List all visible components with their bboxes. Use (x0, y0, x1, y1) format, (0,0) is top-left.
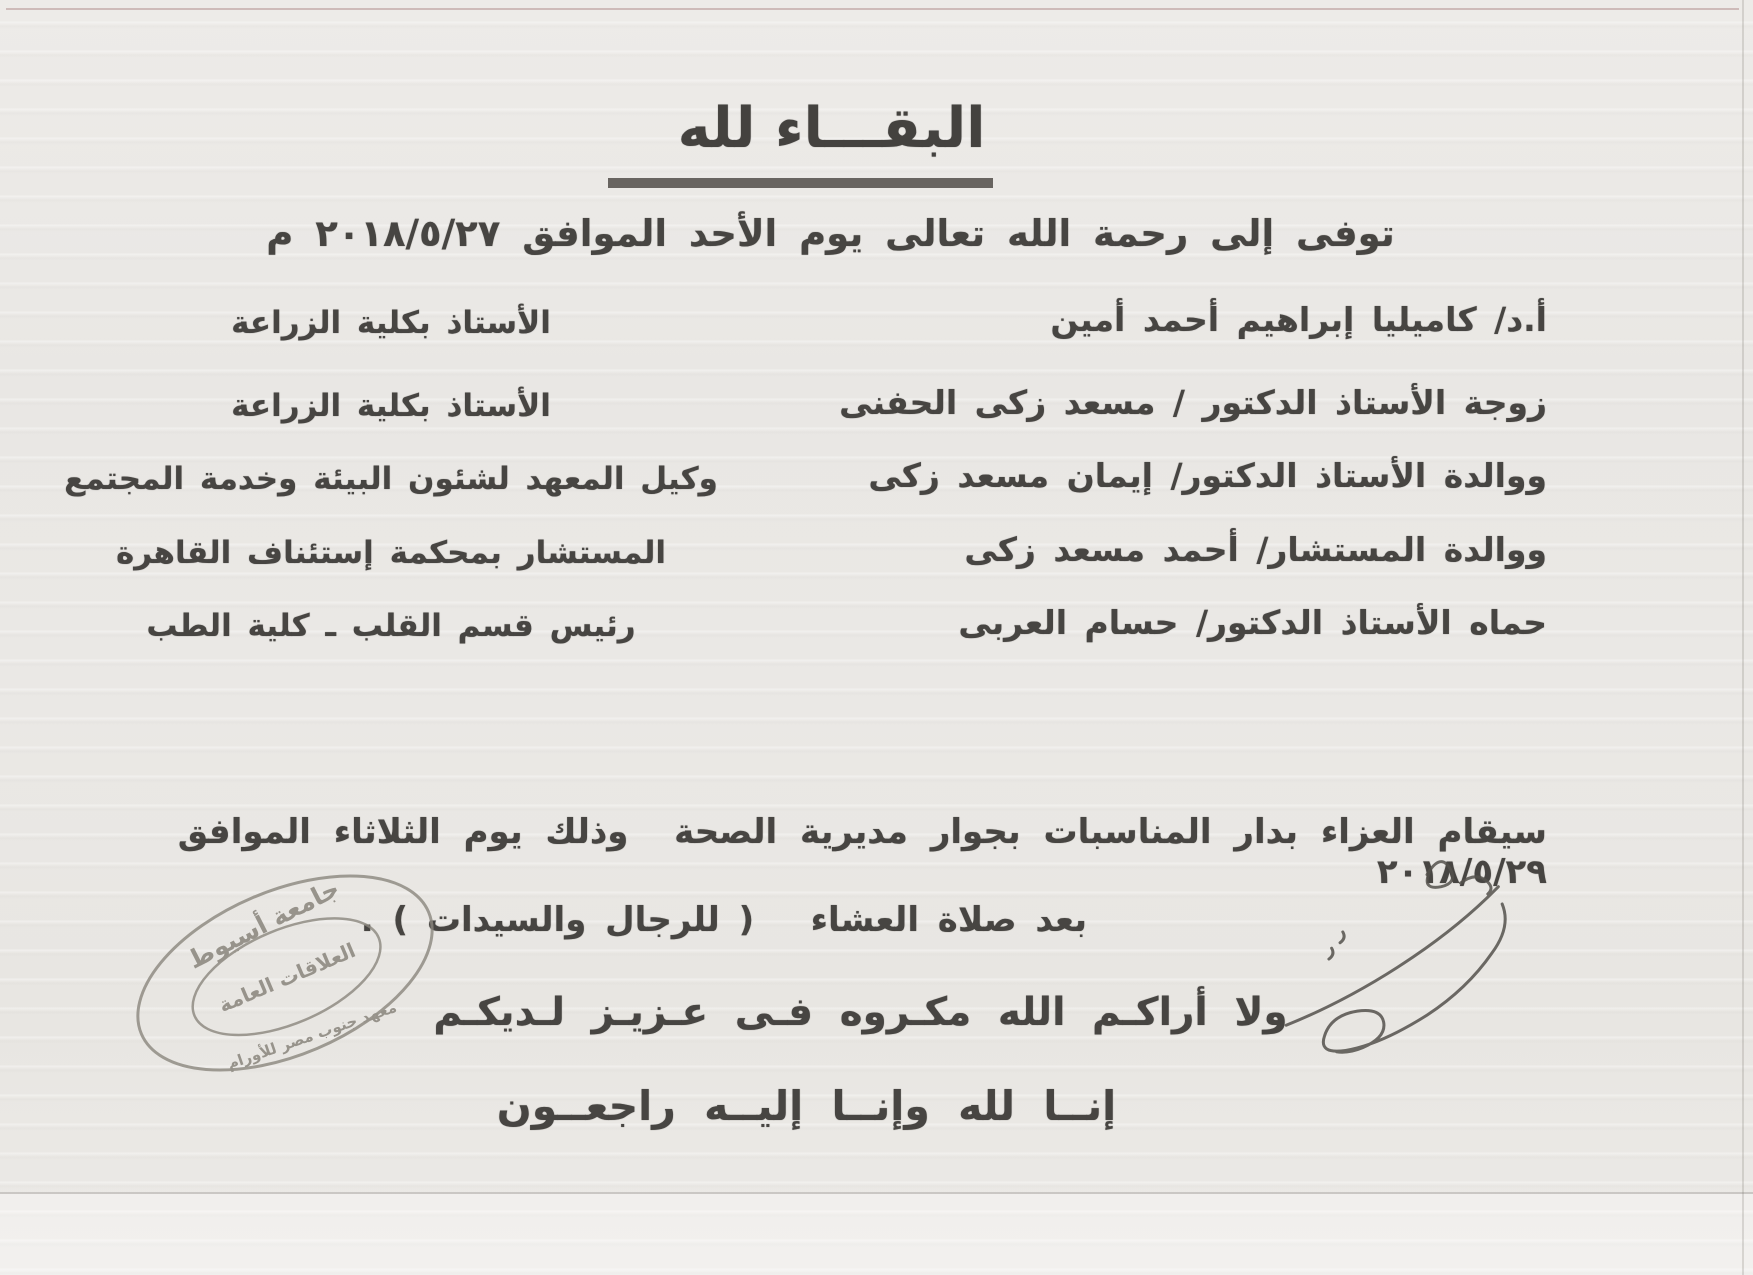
title-wrap: البقـــاء لله (0, 94, 1753, 188)
scan-artifact-bottom-line (0, 1192, 1753, 1194)
relative-row: ووالدة الأستاذ الدكتور/ إيمان مسعد زكى و… (0, 456, 1753, 520)
relative-title: رئيس قسم القلب ـ كلية الطب (38, 608, 744, 644)
relative-title: الأستاذ بكلية الزراعة (38, 305, 744, 341)
relative-name: ووالدة المستشار/ أحمد مسعد زكى (964, 530, 1547, 569)
scan-artifact-bottom-band (0, 1194, 1753, 1275)
relative-title: المستشار بمحكمة إستئناف القاهرة (38, 535, 744, 571)
relative-title: الأستاذ بكلية الزراعة (38, 388, 744, 424)
relative-title: وكيل المعهد لشئون البيئة وخدمة المجتمع (38, 461, 744, 497)
relative-name: حماه الأستاذ الدكتور/ حسام العربى (958, 603, 1547, 642)
scanned-obituary-page: البقـــاء لله توفى إلى رحمة الله تعالى ي… (0, 0, 1753, 1275)
page-title: البقـــاء لله (608, 94, 994, 188)
deceased-name: أ.د/ كاميليا إبراهيم أحمد أمين (1050, 300, 1547, 339)
signature-mark (1227, 824, 1574, 1096)
signature-cross-stroke (1286, 873, 1498, 1040)
signature-dots (1329, 931, 1345, 960)
signature-scribble-word (1426, 861, 1493, 894)
deceased-row: أ.د/ كاميليا إبراهيم أحمد أمين الأستاذ ب… (0, 300, 1753, 364)
relative-row: حماه الأستاذ الدكتور/ حسام العربى رئيس ق… (0, 603, 1753, 667)
relative-name: ووالدة الأستاذ الدكتور/ إيمان مسعد زكى (868, 456, 1547, 495)
prayer-time-line: بعد صلاة العشاء ( للرجال والسيدات ) . (361, 900, 1087, 940)
death-announcement-line: توفى إلى رحمة الله تعالى يوم الأحد الموا… (0, 212, 1661, 255)
relative-row: زوجة الأستاذ الدكتور / مسعد زكى الحفنى ا… (0, 383, 1753, 447)
relative-row: ووالدة المستشار/ أحمد مسعد زكى المستشار … (0, 530, 1753, 594)
scan-artifact-top-line (6, 8, 1739, 10)
signature-flourish (1323, 892, 1507, 1063)
relative-name: زوجة الأستاذ الدكتور / مسعد زكى الحفنى (839, 383, 1547, 422)
